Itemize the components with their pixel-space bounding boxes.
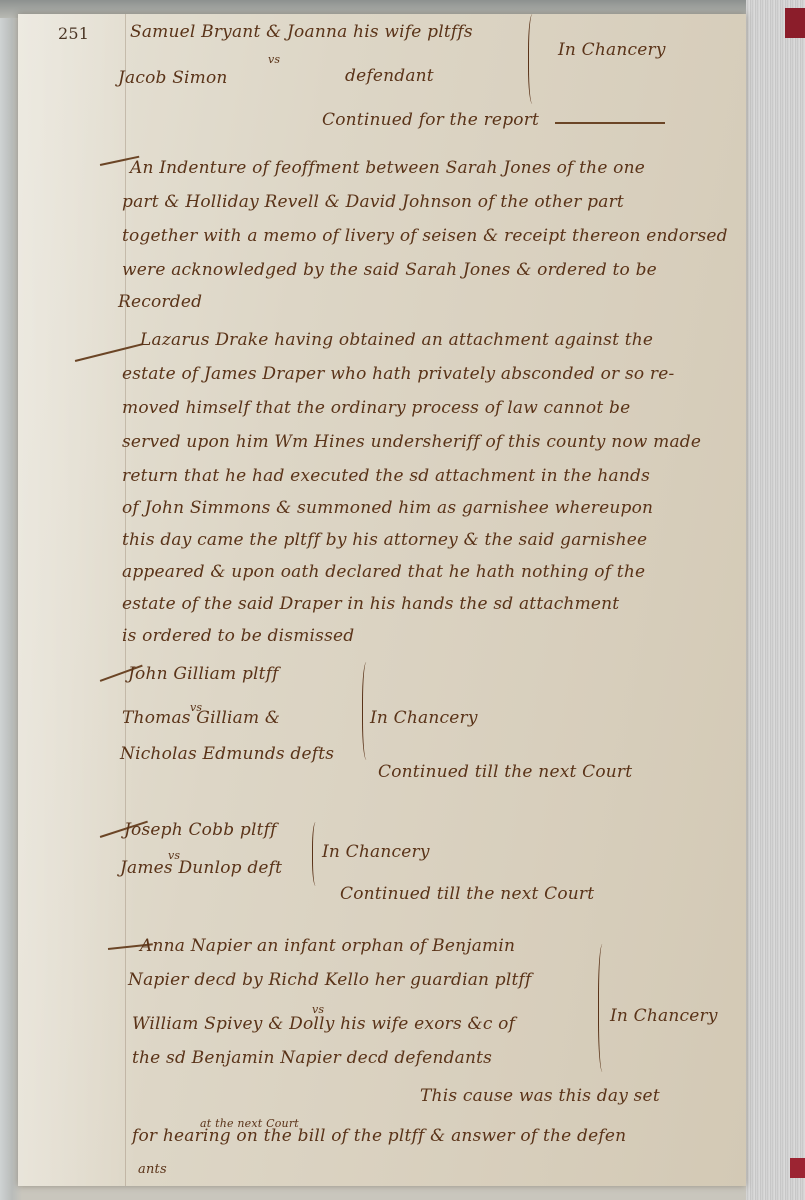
plaintiff-line: Joseph Cobb pltff [124, 820, 277, 840]
ribbon-bookmark-bottom [790, 1158, 805, 1178]
plaintiff-line: John Gilliam pltff [128, 664, 279, 684]
text-line: An Indenture of feoffment between Sarah … [130, 158, 645, 178]
text-line: part & Holliday Revell & David Johnson o… [122, 192, 624, 212]
plaintiffs-line: Samuel Bryant & Joanna his wife pltffs [130, 22, 473, 42]
ribbon-bookmark-top [785, 8, 805, 38]
text-line: Anna Napier an infant orphan of Benjamin [140, 936, 515, 956]
book-page-edges [746, 0, 805, 1200]
text-line: Recorded [118, 292, 202, 312]
defendant-name: Jacob Simon [118, 68, 228, 88]
text-line: Napier decd by Richd Kello her guardian … [128, 970, 532, 990]
text-line: Lazarus Drake having obtained an attachm… [140, 330, 653, 350]
ruling-text: Continued till the next Court [378, 762, 632, 782]
ledger-photo: 251 Samuel Bryant & Joanna his wife pltf… [0, 0, 805, 1200]
court-label: In Chancery [370, 708, 478, 728]
text-line: of John Simmons & summoned him as garnis… [122, 498, 653, 518]
case-brace [598, 944, 609, 1072]
case-brace [528, 14, 539, 104]
text-line: estate of James Draper who hath privatel… [122, 364, 674, 384]
line-flourish [555, 122, 665, 124]
text-line: together with a memo of livery of seisen… [122, 226, 728, 246]
defendant-line: Thomas Gilliam & [122, 708, 280, 728]
page-shading [18, 14, 138, 1186]
page-number: 251 [58, 24, 89, 44]
defendant-label: defendant [345, 66, 434, 86]
court-label: In Chancery [322, 842, 430, 862]
text-line: appeared & upon oath declared that he ha… [122, 562, 645, 582]
text-line: moved himself that the ordinary process … [122, 398, 630, 418]
versus-mark: vs [268, 50, 280, 70]
text-line: estate of the said Draper in his hands t… [122, 594, 619, 614]
text-line: served upon him Wm Hines undersheriff of… [122, 432, 701, 452]
ruling-text: ants [138, 1160, 167, 1180]
text-line: were acknowledged by the said Sarah Jone… [122, 260, 657, 280]
ruling-text: for hearing on the bill of the pltff & a… [132, 1126, 626, 1146]
court-label: In Chancery [610, 1006, 718, 1026]
text-line: is ordered to be dismissed [122, 626, 354, 646]
text-line: this day came the pltff by his attorney … [122, 530, 647, 550]
defendant-line: Nicholas Edmunds defts [120, 744, 334, 764]
ruling-text: Continued for the report [322, 110, 539, 130]
text-line: the sd Benjamin Napier decd defendants [132, 1048, 492, 1068]
text-line: return that he had executed the sd attac… [122, 466, 650, 486]
ruling-text: Continued till the next Court [340, 884, 594, 904]
court-label: In Chancery [558, 40, 666, 60]
case-brace [312, 822, 321, 886]
defendant-line: James Dunlop deft [120, 858, 282, 878]
ruling-text: This cause was this day set [420, 1086, 660, 1106]
text-line: William Spivey & Dolly his wife exors &c… [132, 1014, 515, 1034]
